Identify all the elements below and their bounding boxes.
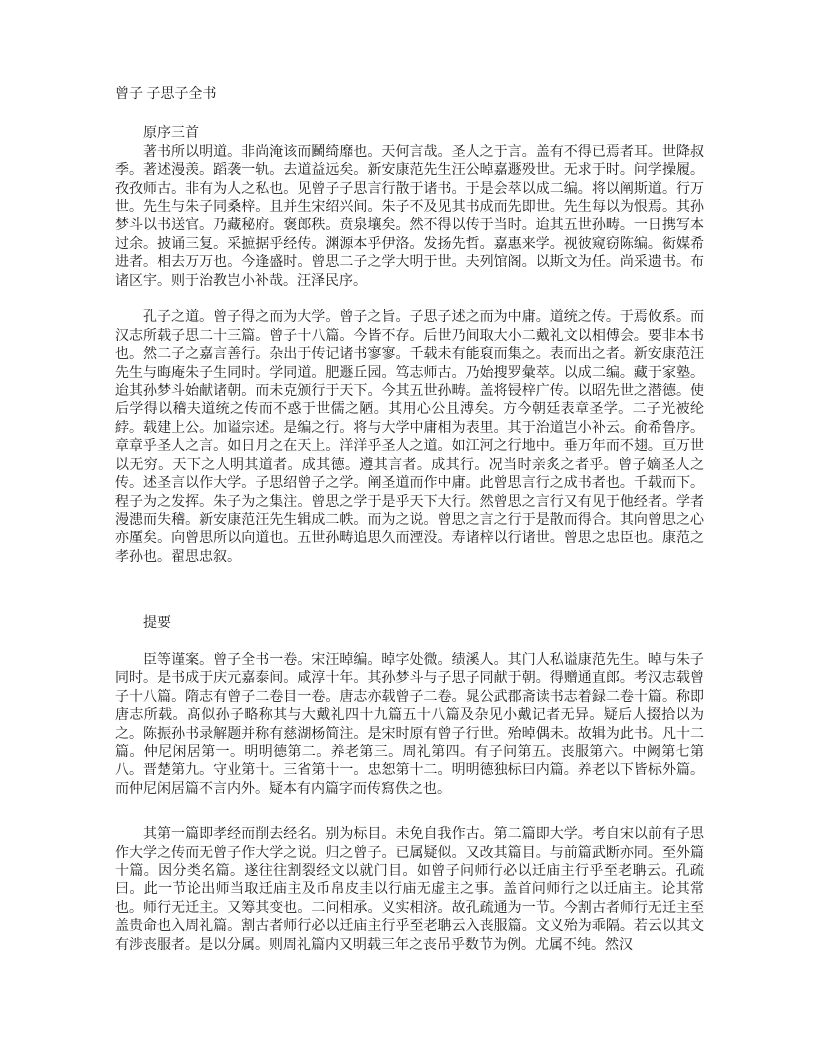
section-heading-preface: 原序三首: [115, 125, 704, 143]
preface-paragraph-2: 孔子之道。曾子得之而为大学。曾子之旨。子思子述之而为中庸。道统之传。于焉攸系。而…: [115, 309, 704, 567]
section-heading-summary: 提要: [115, 615, 704, 633]
section-preface: 原序三首 著书所以明道。非尚淹该而鬭绮靡也。天何言哉。圣人之于言。盖有不得已焉者…: [115, 125, 704, 567]
summary-paragraph-1: 臣等谨案。曾子全书一卷。宋汪晫编。晫字处微。绩溪人。其门人私谥康范先生。晫与朱子…: [115, 652, 704, 799]
preface-paragraph-1: 著书所以明道。非尚淹该而鬭绮靡也。天何言哉。圣人之于言。盖有不得已焉者耳。世降叔…: [115, 144, 704, 291]
book-title: 曾子 子思子全书: [115, 86, 704, 104]
section-summary: 提要 臣等谨案。曾子全书一卷。宋汪晫编。晫字处微。绩溪人。其门人私谥康范先生。晫…: [115, 615, 704, 955]
summary-paragraph-2: 其第一篇即孝经而削去经名。别为标目。未免自我作古。第二篇即大学。考自宋以前有子思…: [115, 826, 704, 955]
document-page: 曾子 子思子全书 原序三首 著书所以明道。非尚淹该而鬭绮靡也。天何言哉。圣人之于…: [0, 0, 816, 1056]
